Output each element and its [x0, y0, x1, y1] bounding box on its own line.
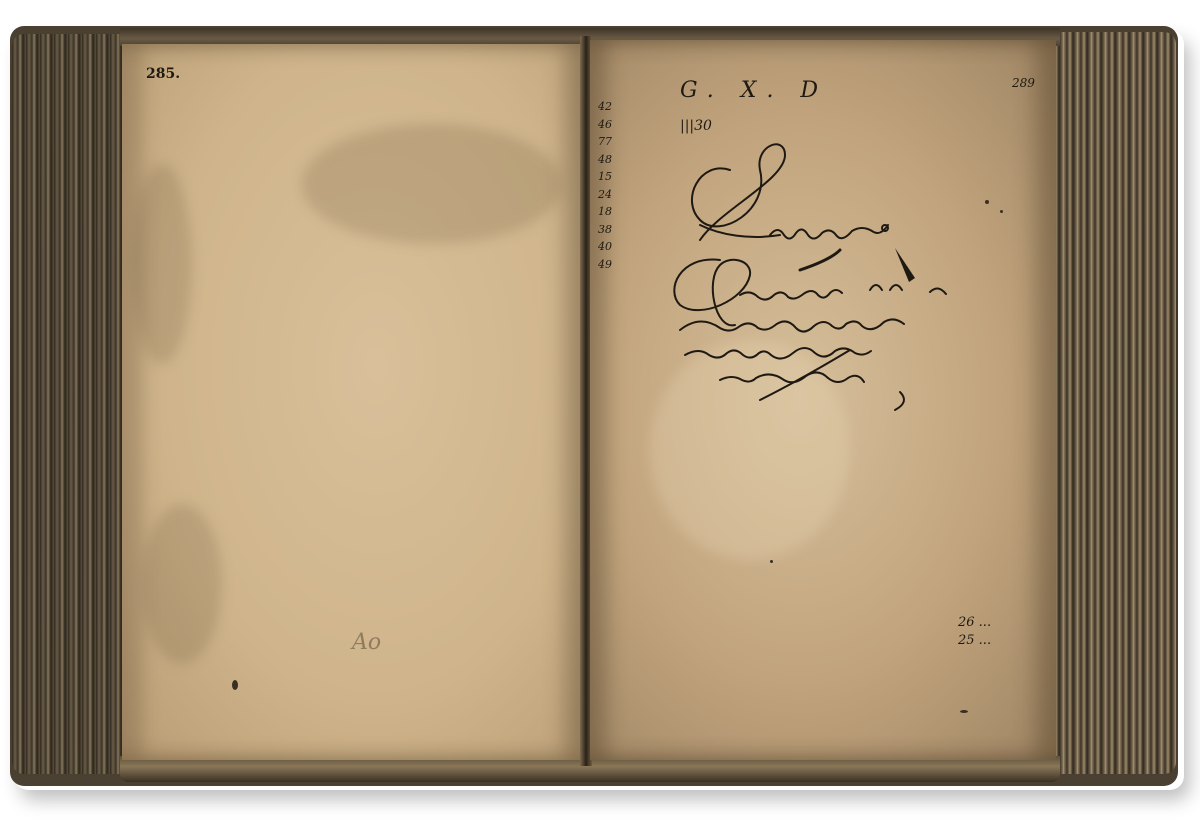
- ink-speck: [232, 680, 238, 690]
- margin-number: 48: [598, 151, 622, 169]
- bottom-note: 25 ...: [958, 632, 991, 650]
- margin-number-column: 42 46 77 48 15 24 18 38 40 49: [598, 98, 622, 273]
- margin-number: 18: [598, 203, 622, 221]
- margin-number: 77: [598, 133, 622, 151]
- margin-number: 49: [598, 256, 622, 274]
- bottom-note: 26 ...: [958, 614, 991, 632]
- faint-bleedthrough-text: Ao: [352, 630, 381, 655]
- left-page-number: 285.: [146, 66, 180, 82]
- margin-number: 24: [598, 186, 622, 204]
- stain: [132, 164, 192, 364]
- margin-number: 46: [598, 116, 622, 134]
- open-book-photo: 285. Ao 289 G. X. D |||30 42 46 77 48 15…: [0, 0, 1200, 821]
- ink-speck: [985, 200, 989, 204]
- stain: [302, 124, 562, 244]
- margin-number: 38: [598, 221, 622, 239]
- margin-number: 15: [598, 168, 622, 186]
- ink-speck: [1000, 210, 1003, 213]
- margin-number: 42: [598, 98, 622, 116]
- ink-speck: [770, 560, 773, 563]
- right-page-number: 289: [1012, 76, 1035, 90]
- margin-number: 40: [598, 238, 622, 256]
- stain: [142, 504, 222, 664]
- handwritten-register-entry: [660, 130, 990, 420]
- right-page-header: G. X. D: [680, 78, 828, 103]
- ink-speck: [960, 710, 968, 713]
- bottom-notes: 26 ... 25 ...: [958, 614, 991, 650]
- right-page-edges: [1050, 32, 1176, 774]
- left-page-edges: [12, 34, 130, 774]
